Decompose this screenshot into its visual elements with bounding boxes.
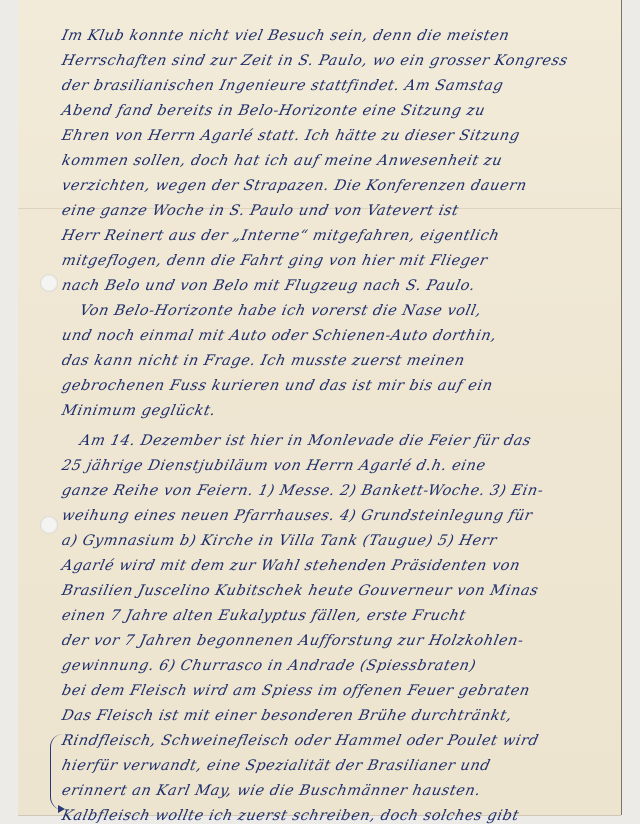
text-line: das kann nicht in Frage. Ich musste zuer… <box>60 353 466 369</box>
text-line: Rindfleisch, Schweinefleisch oder Hammel… <box>60 733 540 749</box>
text-line: nach Belo und von Belo mit Flugzeug nach… <box>60 278 476 294</box>
text-line: kommen sollen, doch hat ich auf meine An… <box>60 153 504 169</box>
text-line: gewinnung. 6) Churrasco in Andrade (Spie… <box>60 658 477 674</box>
text-line: 25 jährige Dienstjubiläum von Herrn Agar… <box>60 458 487 474</box>
text-line: der brasilianischen Ingenieure stattfind… <box>60 78 505 94</box>
text-line: Abend fand bereits in Belo-Horizonte ein… <box>60 103 486 119</box>
text-line: Herr Reinert aus der „Interne“ mitgefahr… <box>60 228 501 244</box>
text-line: und noch einmal mit Auto oder Schienen-A… <box>60 328 498 344</box>
text-line: Am 14. Dezember ist hier in Monlevade di… <box>78 433 532 449</box>
text-line: Herrschaften sind zur Zeit in S. Paulo, … <box>60 53 569 69</box>
text-line: erinnert an Karl May, wie die Buschmänne… <box>60 783 482 799</box>
text-line: der vor 7 Jahren begonnenen Aufforstung … <box>60 633 525 649</box>
text-line: eine ganze Woche in S. Paulo und von Vat… <box>60 203 460 219</box>
text-line: Brasilien Juscelino Kubitschek heute Gou… <box>60 583 540 599</box>
letter-page: Im Klub konnte nicht viel Besuch sein, d… <box>18 0 621 815</box>
punch-hole-top <box>40 274 58 292</box>
text-line: a) Gymnasium b) Kirche in Villa Tank (Ta… <box>60 533 498 549</box>
text-line: hierfür verwandt, eine Spezialität der B… <box>60 758 492 774</box>
text-line: Kalbfleisch wollte ich zuerst schreiben,… <box>60 808 520 824</box>
punch-hole-bottom <box>40 516 58 534</box>
text-line: bei dem Fleisch wird am Spiess im offene… <box>60 683 531 699</box>
text-line: weihung eines neuen Pfarrhauses. 4) Grun… <box>60 508 534 524</box>
text-line: Von Belo-Horizonte habe ich vorerst die … <box>78 303 483 319</box>
text-line: Ehren von Herrn Agarlé statt. Ich hätte … <box>60 128 521 144</box>
text-line: einen 7 Jahre alten Eukalyptus fällen, e… <box>60 608 467 624</box>
text-line: verzichten, wegen der Strapazen. Die Kon… <box>60 178 528 194</box>
text-line: gebrochenen Fuss kurieren und das ist mi… <box>60 378 494 394</box>
text-line: mitgeflogen, denn die Fahrt ging von hie… <box>60 253 489 269</box>
text-line: ganze Reihe von Feiern. 1) Messe. 2) Ban… <box>60 483 545 499</box>
text-line: Minimum geglückt. <box>60 403 217 419</box>
text-line: Das Fleisch ist mit einer besonderen Brü… <box>60 708 513 724</box>
text-line: Im Klub konnte nicht viel Besuch sein, d… <box>60 28 511 44</box>
text-line: Agarlé wird mit dem zur Wahl stehenden P… <box>60 558 521 574</box>
